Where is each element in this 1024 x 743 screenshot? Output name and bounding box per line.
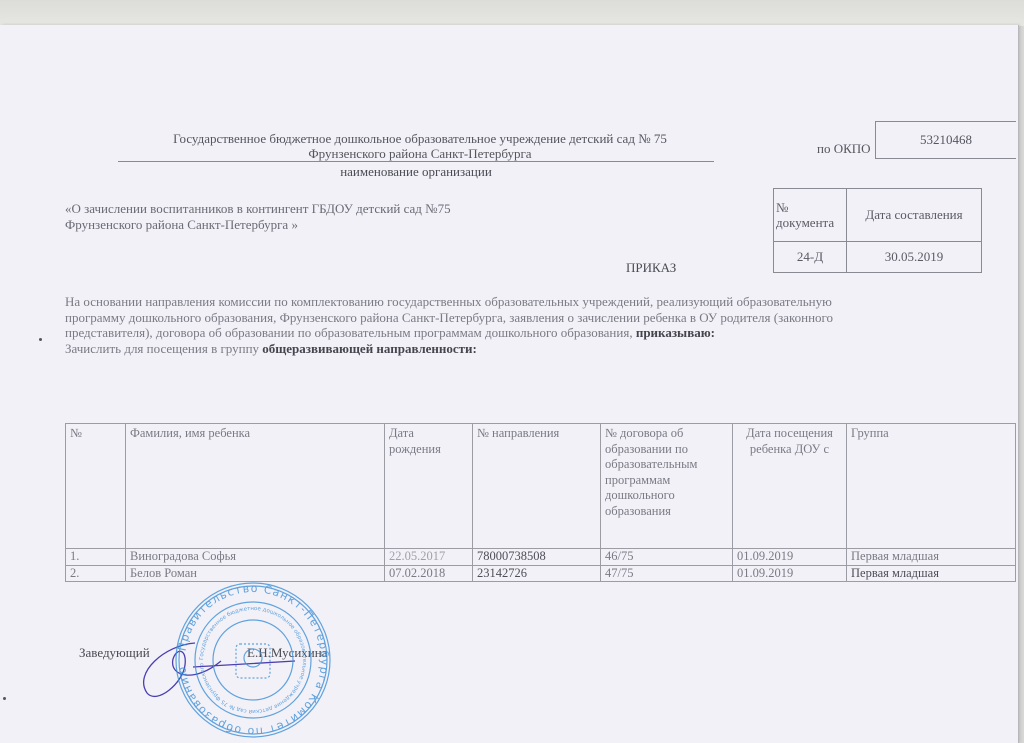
header-referral-number: № направления [473,424,601,549]
cell-number: 2. [66,565,126,582]
enrollment-table: № Фамилия, имя ребенка Дата рождения № н… [65,423,1016,582]
cell-attendance-date: 01.09.2019 [733,549,847,566]
document-date-header: Дата составления [847,189,982,242]
cell-group: Первая младшая [847,565,1016,582]
basis-line1: На основании направления комиссии по ком… [65,294,965,310]
cell-contract-number: 47/75 [601,565,733,582]
document-info-table: № документа Дата составления 24-Д 30.05.… [773,188,982,273]
basis-line3: представителя), договора об образовании … [65,325,965,341]
order-subject: «О зачислении воспитанников в контингент… [65,201,451,233]
document-number-header: № документа [774,189,847,242]
header-attendance-date: Дата посещения ребенка ДОУ с [733,424,847,549]
document-title: ПРИКАЗ [626,260,676,276]
cell-group: Первая младшая [847,549,1016,566]
okpo-value: 53210468 [875,121,1016,159]
organization-underline [118,161,714,162]
header-birth-date: Дата рождения [385,424,473,549]
cell-contract-number: 46/75 [601,549,733,566]
cell-child-name: Виноградова Софья [126,549,385,566]
order-basis-paragraph: На основании направления комиссии по ком… [65,294,965,356]
organization-name-line2: Фрунзенского района Санкт-Петербурга [120,146,720,161]
basis-line4: Зачислить для посещения в группу общераз… [65,341,965,357]
scan-speck [3,697,6,700]
order-verb: приказываю: [636,325,715,340]
organization-caption: наименование организации [118,164,714,179]
okpo-label: по ОКПО [817,141,871,156]
table-row: 1. Виноградова Софья 22.05.2017 78000738… [66,549,1016,566]
organization-name-line1: Государственное бюджетное дошкольное обр… [120,131,720,146]
cell-referral-number: 78000738508 [473,549,601,566]
svg-text:Правительство Санкт-Петербурга: Правительство Санкт-Петербурга Комитет п… [175,582,331,738]
scan-speck [39,338,42,341]
scan-top-band [0,0,1024,26]
table-header-row: № Фамилия, имя ребенка Дата рождения № н… [66,424,1016,549]
header-contract-number: № договора об образовании по образовател… [601,424,733,549]
cell-referral-number: 23142726 [473,565,601,582]
official-stamp: Правительство Санкт-Петербурга Комитет п… [168,580,338,740]
cell-attendance-date: 01.09.2019 [733,565,847,582]
header-group: Группа [847,424,1016,549]
cell-birth-date: 07.02.2018 [385,565,473,582]
header-number: № [66,424,126,549]
organization-name: Государственное бюджетное дошкольное обр… [120,131,720,161]
basis-line2: программу дошкольного образования, Фрунз… [65,310,965,326]
document-number: 24-Д [774,242,847,273]
cell-birth-date: 22.05.2017 [385,549,473,566]
cell-number: 1. [66,549,126,566]
group-type: общеразвивающей направленности: [262,341,477,356]
order-subject-line1: «О зачислении воспитанников в контингент… [65,201,451,217]
header-child-name: Фамилия, имя ребенка [126,424,385,549]
document-date: 30.05.2019 [847,242,982,273]
order-subject-line2: Фрунзенского района Санкт-Петербурга » [65,217,451,233]
